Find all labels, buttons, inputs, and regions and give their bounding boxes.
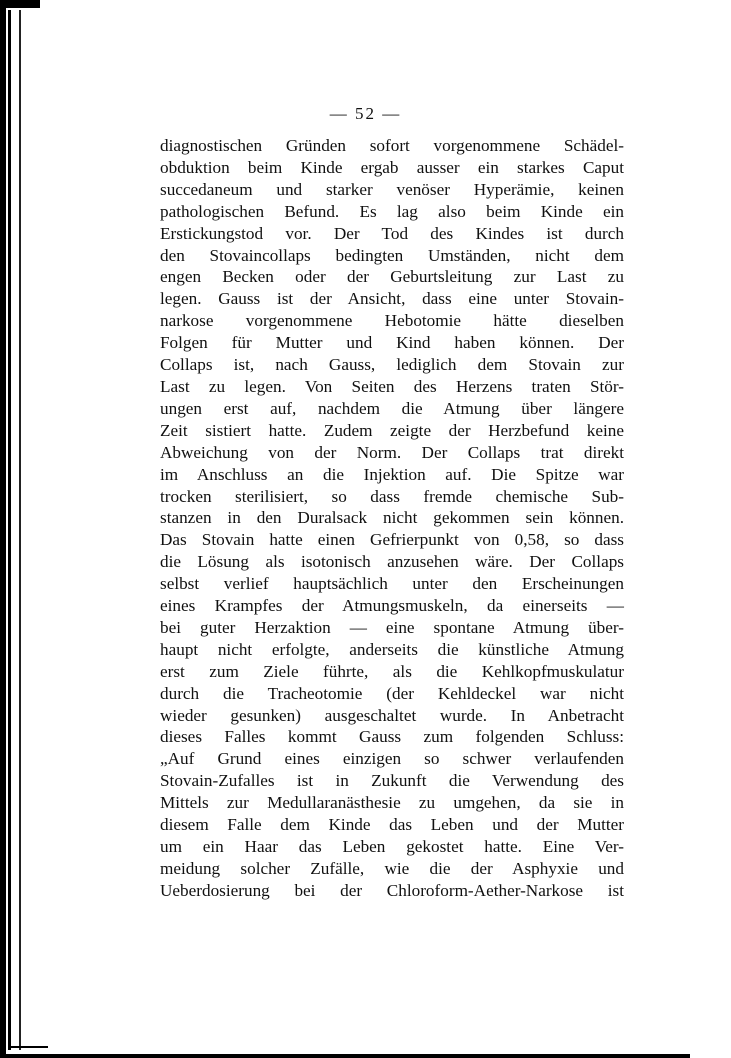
body-text: diagnostischen Gründen sofort vorgenomme…	[160, 135, 624, 902]
text-line: Stovain-Zufalles ist in Zukunft die Verw…	[160, 770, 624, 792]
text-line: „Auf Grund eines einzigen so schwer verl…	[160, 748, 624, 770]
scan-border-bottom	[0, 1054, 690, 1058]
text-line: engen Becken oder der Geburtsleitung zur…	[160, 266, 624, 288]
text-line: pathologischen Befund. Es lag also beim …	[160, 201, 624, 223]
text-line: diesem Falle dem Kinde das Leben und der…	[160, 814, 624, 836]
scan-border-left	[0, 0, 6, 1058]
text-line: Das Stovain hatte einen Gefrierpunkt von…	[160, 529, 624, 551]
text-line: Abweichung von der Norm. Der Collaps tra…	[160, 442, 624, 464]
page-number: — 52 —	[0, 104, 731, 124]
text-line: legen. Gauss ist der Ansicht, dass eine …	[160, 288, 624, 310]
text-line: trocken sterilisiert, so dass fremde che…	[160, 486, 624, 508]
text-line: wieder gesunken) ausgeschaltet wurde. In…	[160, 705, 624, 727]
text-line: um ein Haar das Leben gekostet hatte. Ei…	[160, 836, 624, 858]
text-line: ungen erst auf, nachdem die Atmung über …	[160, 398, 624, 420]
text-line: stanzen in den Duralsack nicht gekommen …	[160, 507, 624, 529]
text-line: Erstickungstod vor. Der Tod des Kindes i…	[160, 223, 624, 245]
text-line: haupt nicht erfolgte, anderseits die kün…	[160, 639, 624, 661]
text-line: obduktion beim Kinde ergab ausser ein st…	[160, 157, 624, 179]
text-line: selbst verlief hauptsächlich unter den E…	[160, 573, 624, 595]
text-line: Last zu legen. Von Seiten des Herzens tr…	[160, 376, 624, 398]
text-line: im Anschluss an die Injektion auf. Die S…	[160, 464, 624, 486]
text-line: succedaneum und starker venöser Hyperämi…	[160, 179, 624, 201]
text-line: erst zum Ziele führte, als die Kehlkopfm…	[160, 661, 624, 683]
text-line: eines Krampfes der Atmungsmuskeln, da ei…	[160, 595, 624, 617]
text-line: diagnostischen Gründen sofort vorgenomme…	[160, 135, 624, 157]
text-line: die Lösung als isotonisch anzusehen wäre…	[160, 551, 624, 573]
scan-line-2	[19, 10, 21, 1050]
text-line: dieses Falles kommt Gauss zum folgenden …	[160, 726, 624, 748]
text-line: Folgen für Mutter und Kind haben können.…	[160, 332, 624, 354]
text-line: meidung solcher Zufälle, wie die der Asp…	[160, 858, 624, 880]
text-line: Mittels zur Medullaranästhesie zu umgehe…	[160, 792, 624, 814]
text-line: Ueberdosierung bei der Chloroform-Aether…	[160, 880, 624, 902]
text-line: narkose vorgenommene Hebotomie hätte die…	[160, 310, 624, 332]
scan-bottom-mark	[8, 1046, 48, 1048]
text-line: bei guter Herzaktion — eine spontane Atm…	[160, 617, 624, 639]
text-line: Collaps ist, nach Gauss, lediglich dem S…	[160, 354, 624, 376]
scan-line-1	[8, 10, 11, 1050]
text-line: Zeit sistiert hatte. Zudem zeigte der He…	[160, 420, 624, 442]
text-line: durch die Tracheotomie (der Kehldeckel w…	[160, 683, 624, 705]
text-line: den Stovaincollaps bedingten Umständen, …	[160, 245, 624, 267]
scan-border-top	[0, 0, 40, 8]
